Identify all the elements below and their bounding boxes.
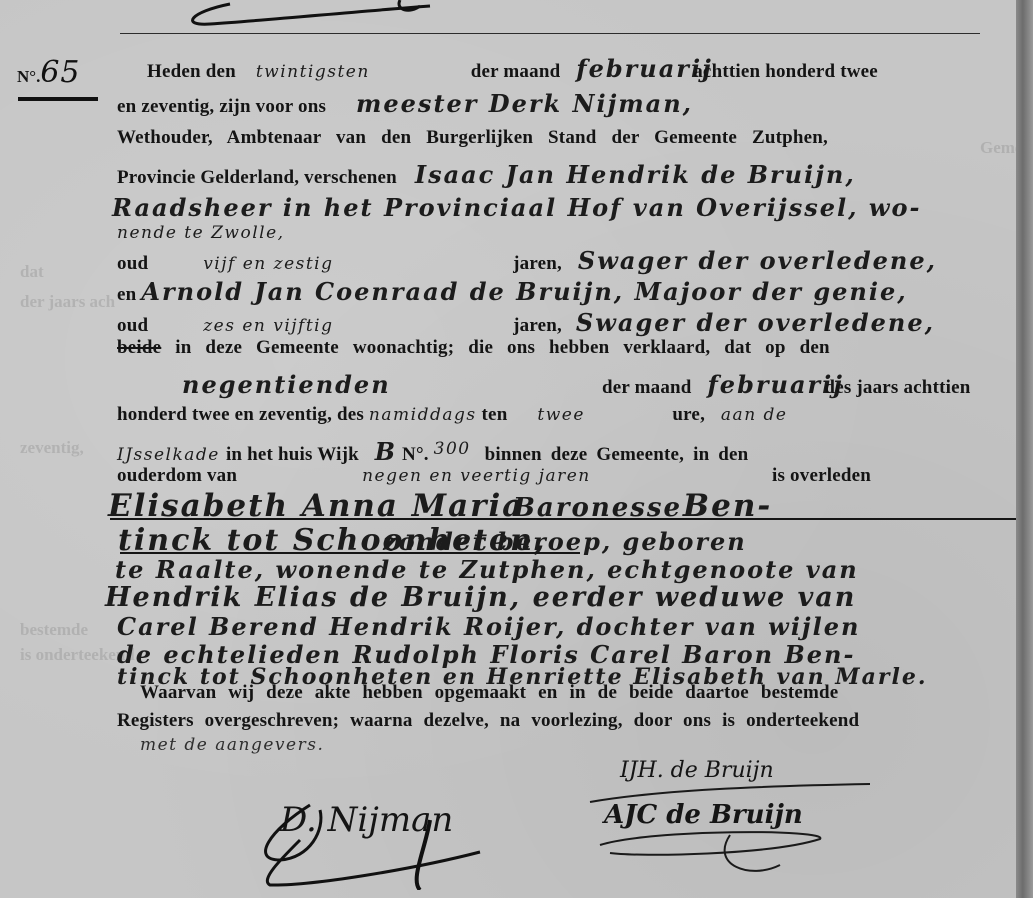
text-line-24: met de aangevers. (140, 734, 324, 756)
text-line-18: Hendrik Elias de Bruijn, eerder weduwe v… (105, 582, 856, 613)
scan-edge (1016, 0, 1033, 898)
text-line-13: IJsselkade in het huis Wijk B N°. 300 bi… (117, 437, 748, 466)
top-separator-rule (120, 33, 980, 34)
handwritten-spouse-name: Hendrik Elias de Bruijn, eerder weduwe v… (105, 582, 856, 613)
printed-text: ure, (672, 404, 705, 425)
text-line-23: Registers overgeschreven; waarna dezelve… (117, 710, 859, 732)
handwritten-death-day: negentienden (117, 370, 597, 399)
handwritten-location-prefix: aan de (721, 405, 788, 425)
handwritten-month: februarij (576, 54, 688, 83)
printed-text: oud (117, 253, 148, 274)
printed-text: oud (117, 315, 148, 336)
handwritten-ward: B (375, 437, 397, 466)
printed-text: ten (482, 404, 508, 425)
text-line-4: Provincie Gelderland, verschenen Isaac J… (117, 160, 856, 189)
signature-flourish (590, 825, 840, 885)
name-underline (120, 552, 580, 554)
bleed-through-text: dat (20, 262, 44, 282)
text-line-3: Wethouder, Ambtenaar van den Burgerlijke… (117, 127, 828, 149)
printed-text: binnen deze Gemeente, in den (485, 444, 749, 465)
text-line-17: te Raalte, wonende te Zutphen, echtgenoo… (115, 555, 859, 584)
act-number: N°.65 (17, 55, 81, 90)
name-underline (110, 518, 1030, 520)
text-line-19: Carel Berend Hendrik Roijer, dochter van… (117, 612, 860, 641)
handwritten-house-number: 300 (434, 439, 480, 459)
handwritten-birthplace-spouse: te Raalte, wonende te Zutphen, echtgenoo… (115, 555, 859, 584)
handwritten-age-1: vijf en zestig (153, 254, 508, 274)
act-number-label: N°. (17, 67, 40, 86)
text-line-22: Waarvan wij deze akte hebben opgemaakt e… (140, 682, 838, 704)
printed-text: jaren, (513, 253, 562, 274)
bleed-through-text: zeventig, (20, 438, 84, 458)
text-line-2: en zeventig, zijn voor ons meester Derk … (117, 89, 693, 118)
handwritten-previous-spouse: Carel Berend Hendrik Roijer, dochter van… (117, 612, 860, 641)
act-number-value: 65 (40, 55, 80, 90)
printed-text: is overleden (772, 465, 871, 486)
handwritten-street: IJsselkade (117, 445, 221, 465)
handwritten-closing: met de aangevers. (140, 735, 324, 755)
text-line-6: nende te Zwolle, (117, 222, 285, 244)
bleed-through-text: der jaars ach (20, 292, 115, 312)
printed-text: Registers overgeschreven; waarna dezelve… (117, 710, 859, 731)
text-line-1: Heden den twintigsten der maand februari… (147, 54, 878, 83)
printed-text: Heden den (147, 61, 236, 82)
printed-text: en (117, 284, 136, 305)
printed-text: achttien honderd twee (693, 61, 878, 82)
handwritten-death-month: februarij (707, 370, 819, 399)
handwritten-age-2: zes en vijftig (153, 316, 508, 336)
text-line-10: beide in deze Gemeente woonachtig; die o… (117, 337, 830, 359)
printed-text: der maand (471, 61, 561, 82)
handwritten-hour: twee (512, 405, 667, 425)
printed-text: jaren, (513, 315, 562, 336)
handwritten-relation-2: Swager der overledene, (576, 308, 935, 337)
printed-text: en zeventig, zijn voor ons (117, 96, 326, 117)
handwritten-relation-1: Swager der overledene, (578, 246, 937, 275)
printed-text: des jaars achttien (824, 377, 970, 398)
act-number-underline (18, 97, 98, 101)
previous-signature-flourish (170, 0, 550, 32)
text-line-11: negentienden der maand februarij des jaa… (117, 370, 971, 399)
handwritten-time-of-day: namiddags (369, 405, 477, 425)
printed-text: in deze Gemeente woonachtig; die ons heb… (175, 337, 830, 358)
signature-witness-2: AJC de Bruijn (604, 800, 803, 830)
printed-text: in het huis Wijk (226, 444, 359, 465)
text-line-9: oud zes en vijftig jaren, Swager der ove… (117, 308, 935, 337)
handwritten-day: twintigsten (256, 62, 466, 82)
signature-witness-1: IJH. de Bruijn (620, 758, 774, 783)
text-line-8: en Arnold Jan Coenraad de Bruijn, Majoor… (117, 277, 908, 306)
printed-text: Waarvan wij deze akte hebben opgemaakt e… (140, 682, 838, 703)
printed-text: Provincie Gelderland, verschenen (117, 167, 397, 188)
handwritten-declarant-2: Arnold Jan Coenraad de Bruijn, Majoor de… (141, 277, 907, 306)
text-line-12: honderd twee en zeventig, des namiddags … (117, 404, 788, 426)
bleed-through-text: bestemde (20, 620, 88, 640)
printed-text: honderd twee en zeventig, des (117, 404, 364, 425)
text-line-14: ouderdom van negen en veertig jaren is o… (117, 465, 871, 487)
struck-printed-text: beide (117, 337, 161, 358)
printed-text: Wethouder, Ambtenaar van den Burgerlijke… (117, 127, 828, 148)
printed-text: der maand (602, 377, 692, 398)
handwritten-residence: nende te Zwolle, (117, 223, 285, 243)
handwritten-occupation: Raadsheer in het Provinciaal Hof van Ove… (112, 193, 921, 222)
handwritten-declarant-1: Isaac Jan Hendrik de Bruijn, (415, 160, 856, 189)
printed-text: ouderdom van (117, 465, 237, 486)
handwritten-official-name: meester Derk Nijman, (356, 89, 693, 118)
document-page: Gemeente Zu dat der jaars ach zeventig, … (0, 0, 1016, 898)
text-line-7: oud vijf en zestig jaren, Swager der ove… (117, 246, 937, 275)
handwritten-deceased-age: negen en veertig jaren (242, 466, 767, 486)
text-line-5: Raadsheer in het Provinciaal Hof van Ove… (112, 193, 921, 222)
printed-text: N°. (402, 444, 429, 465)
signature-official: D. Nijman (280, 800, 453, 840)
